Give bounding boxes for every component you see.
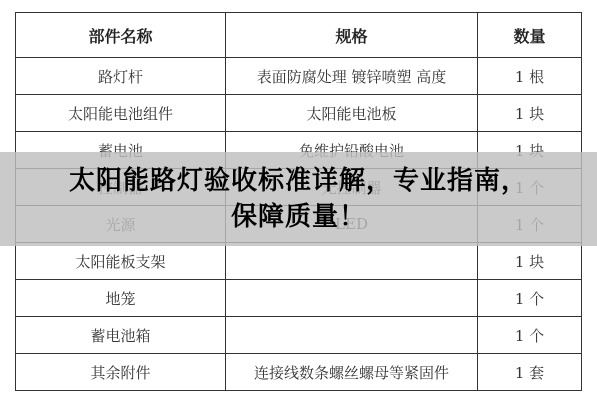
table-row: 其余附件 连接线数条螺丝螺母等紧固件 1 套 (16, 354, 582, 391)
cell-name: 其余附件 (16, 354, 226, 391)
cell-qty: 1 套 (478, 354, 582, 391)
cell-spec: 表面防腐处理 镀锌喷塑 高度 (226, 58, 478, 95)
header-quantity: 数量 (478, 13, 582, 58)
banner-title-line-2: 保障质量！ (231, 199, 366, 235)
cell-spec: 太阳能电池板 (226, 95, 478, 132)
header-spec: 规格 (226, 13, 478, 58)
cell-qty: 1 块 (478, 243, 582, 280)
cell-name: 地笼 (16, 280, 226, 317)
cell-name: 太阳能电池组件 (16, 95, 226, 132)
cell-spec: 连接线数条螺丝螺母等紧固件 (226, 354, 478, 391)
cell-spec (226, 317, 478, 354)
table-row: 太阳能电池组件 太阳能电池板 1 块 (16, 95, 582, 132)
cell-qty: 1 个 (478, 280, 582, 317)
banner-title-line-1: 太阳能路灯验收标准详解，专业指南， (69, 163, 528, 199)
table-row: 蓄电池箱 1 个 (16, 317, 582, 354)
header-component-name: 部件名称 (16, 13, 226, 58)
cell-spec (226, 243, 478, 280)
title-banner: 太阳能路灯验收标准详解，专业指南， 保障质量！ (0, 152, 597, 246)
cell-name: 太阳能板支架 (16, 243, 226, 280)
cell-qty: 1 块 (478, 95, 582, 132)
cell-name: 路灯杆 (16, 58, 226, 95)
table-row: 地笼 1 个 (16, 280, 582, 317)
table-row: 路灯杆 表面防腐处理 镀锌喷塑 高度 1 根 (16, 58, 582, 95)
table-header-row: 部件名称 规格 数量 (16, 13, 582, 58)
cell-qty: 1 个 (478, 317, 582, 354)
cell-name: 蓄电池箱 (16, 317, 226, 354)
table-row: 太阳能板支架 1 块 (16, 243, 582, 280)
cell-spec (226, 280, 478, 317)
cell-qty: 1 根 (478, 58, 582, 95)
